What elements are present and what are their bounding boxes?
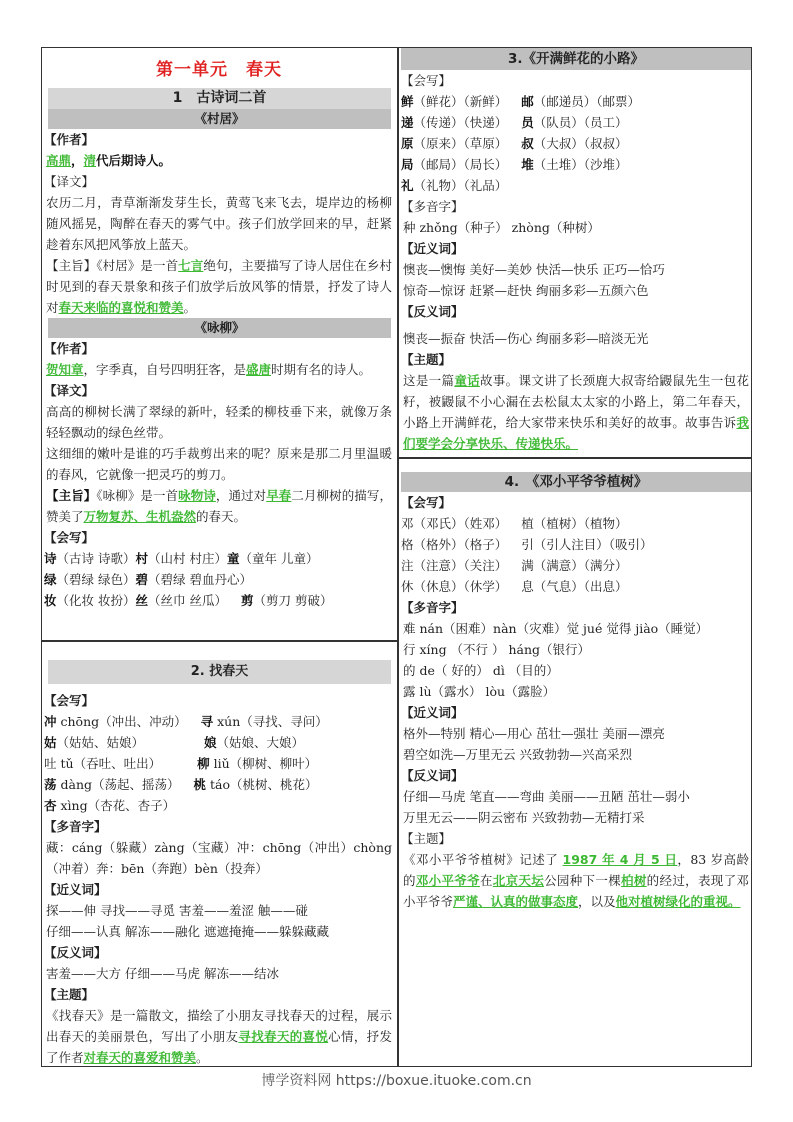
lesson-2-theme: 《找春天》是一篇散文，描绘了小朋友寻找春天的过程，展示出春天的美丽景色，写出了小… [44, 1005, 394, 1068]
polyphone-label: 【多音字】 [401, 196, 751, 217]
lesson-2-title: 2. 找春天 [48, 660, 391, 684]
poem-yongliu-author: 贺知章，字季真，自号四明狂客，是盛唐时期有名的诗人。 [44, 359, 394, 380]
author-label: 【作者】 [44, 338, 394, 359]
synonym-label: 【近义词】 [401, 238, 751, 259]
synonym-row: 探——伸 寻找——寻觅 害羞——羞涩 触——碰 [44, 900, 394, 921]
write-row: 绿（碧绿 绿色）碧（碧绿 碧血丹心） [44, 569, 394, 590]
poem-cunju-title: 《村居》 [48, 109, 391, 129]
write-row: 休（休息）（休学）息（气息）（出息） [401, 576, 751, 597]
write-row: 鲜（鲜花）（新鲜）邮（邮递员）（邮票） [401, 91, 751, 112]
unit-title: 第一单元 春天 [44, 52, 394, 88]
lesson-2-section: 2. 找春天 【会写】 冲 chōng（冲出、冲动）寻 xún（寻找、寻问） 姑… [44, 660, 394, 1068]
lesson-3-section: 3.《开满鲜花的小路》 【会写】 鲜（鲜花）（新鲜）邮（邮递员）（邮票） 递（传… [401, 48, 751, 454]
poem-yongliu-translation-2: 这细细的嫩叶是谁的巧手裁剪出来的呢？原来是那二月里温暖的春风，它就像一把灵巧的剪… [44, 443, 394, 485]
lesson-3-theme: 这是一篇童话故事。课文讲了长颈鹿大叔寄给鼹鼠先生一包花籽，被鼹鼠不小心漏在去松鼠… [401, 370, 751, 454]
column-divider [397, 47, 399, 1067]
synonym-row: 碧空如洗—万里无云 兴致勃勃—兴高采烈 [401, 744, 751, 765]
write-row: 礼（礼物）（礼品） [401, 175, 751, 196]
translation-label: 【译文】 [44, 171, 394, 192]
polyphone-row: 的 de（ 好的） dì （目的） [401, 660, 751, 681]
write-row: 杏 xìng（杏花、杏子） [44, 795, 394, 816]
antonym-label: 【反义词】 [44, 942, 394, 963]
polyphone-row: 行 xíng （不行 ） háng（银行） [401, 639, 751, 660]
write-row: 诗（古诗 诗歌）村（山村 村庄）童（童年 儿童） [44, 548, 394, 569]
antonym-label: 【反义词】 [401, 765, 751, 786]
lesson-4-title: 4. 《邓小平爷爷植树》 [401, 472, 751, 492]
theme-label: 【主题】 [401, 349, 751, 370]
antonym-row: 万里无云——阴云密布 兴致勃勃—无精打采 [401, 807, 751, 828]
theme-label: 【主题】 [44, 984, 394, 1005]
write-row: 妆（化妆 妆扮）丝（丝巾 丝瓜）剪（剪刀 剪破） [44, 590, 394, 611]
polyphone-label: 【多音字】 [44, 816, 394, 837]
synonym-row: 懊丧—懊悔 美好—美妙 快活—快乐 正巧—恰巧 [401, 259, 751, 280]
footer-watermark: 博学资料网 https://boxue.ituoke.com.cn [0, 1070, 793, 1090]
translation-label: 【译文】 [44, 380, 394, 401]
write-label: 【会写】 [44, 527, 394, 548]
synonym-row: 仔细——认真 解冻——融化 遮遮掩掩——躲躲藏藏 [44, 921, 394, 942]
poem-yongliu-title: 《咏柳》 [48, 318, 391, 338]
polyphone-text: 藏：cáng（躲藏）zàng（宝藏）冲：chōng（冲出）chòng（冲着）奔：… [44, 837, 394, 879]
write-row: 注（注意）（关注）满（满意）（满分） [401, 555, 751, 576]
poem-cunju-theme: 【主旨】《村居》是一首七言绝句，主要描写了诗人居住在乡村时见到的春天景象和孩子们… [44, 255, 394, 318]
write-row: 局（邮局）（局长）堆（土堆）（沙堆） [401, 154, 751, 175]
poem-yongliu-theme: 【主旨】《咏柳》是一首咏物诗，通过对早春二月柳树的描写，赞美了万物复苏、生机盎然… [44, 485, 394, 527]
poem-cunju-translation: 农历二月，青草渐渐发芽生长，黄莺飞来飞去，堤岸边的杨柳随风摇晃，陶醉在春天的雾气… [44, 192, 394, 255]
author-label: 【作者】 [44, 129, 394, 150]
write-row: 邓（邓氏）（姓邓）植（植树）（植物） [401, 513, 751, 534]
lesson-4-section: 4. 《邓小平爷爷植树》 【会写】 邓（邓氏）（姓邓）植（植树）（植物） 格（格… [401, 472, 751, 912]
antonym-row: 仔细—马虎 笔直——弯曲 美丽——丑陋 茁壮—弱小 [401, 786, 751, 807]
synonym-row: 格外—特别 精心—用心 茁壮—强壮 美丽—漂亮 [401, 723, 751, 744]
lesson-3-title: 3.《开满鲜花的小路》 [401, 48, 751, 70]
polyphone-row: 露 lù（露水） lòu（露脸） [401, 681, 751, 702]
write-row: 吐 tǔ（吞吐、吐出）柳 liǔ（柳树、柳叶） [44, 753, 394, 774]
lesson-1-title: 1 古诗词二首 [48, 88, 391, 109]
poem-yongliu-translation-1: 高高的柳树长满了翠绿的新叶，轻柔的柳枝垂下来，就像万条轻轻飘动的绿色丝带。 [44, 401, 394, 443]
antonym-row: 害羞——大方 仔细——马虎 解冻——结冰 [44, 963, 394, 984]
write-row: 格（格外）（格子）引（引人注目）（吸引） [401, 534, 751, 555]
synonym-row: 惊奇—惊讶 赶紧—赶快 绚丽多彩—五颜六色 [401, 280, 751, 301]
write-row: 冲 chōng（冲出、冲动）寻 xún（寻找、寻问） [44, 711, 394, 732]
write-row: 荡 dàng（荡起、摇荡）桃 táo（桃树、桃花） [44, 774, 394, 795]
polyphone-label: 【多音字】 [401, 597, 751, 618]
write-label: 【会写】 [44, 690, 394, 711]
antonym-label: 【反义词】 [401, 301, 751, 322]
antonym-row: 懊丧—振奋 快活—伤心 绚丽多彩—暗淡无光 [401, 328, 751, 349]
poem-cunju-author: 高鼎，清代后期诗人。 [44, 150, 394, 171]
write-row: 原（原来）（草原）叔（大叔）（叔叔） [401, 133, 751, 154]
lesson-1-section: 第一单元 春天 1 古诗词二首 《村居》 【作者】 高鼎，清代后期诗人。 【译文… [44, 52, 394, 611]
polyphone-row: 难 nán（困难）nàn（灾难）觉 jué 觉得 jiào（睡觉） [401, 618, 751, 639]
write-label: 【会写】 [401, 492, 751, 513]
write-row: 姑（姑姑、姑娘）娘（姑娘、大娘） [44, 732, 394, 753]
write-row: 递（传递）（快递）员（队员）（员工） [401, 112, 751, 133]
synonym-label: 【近义词】 [401, 702, 751, 723]
synonym-label: 【近义词】 [44, 879, 394, 900]
section-divider-right [397, 457, 752, 459]
polyphone-text: 种 zhǒng（种子） zhòng（种树） [401, 217, 751, 238]
lesson-4-theme: 《邓小平爷爷植树》记述了 1987 年 4 月 5 日，83 岁高龄的邓小平爷爷… [401, 849, 751, 912]
write-label: 【会写】 [401, 70, 751, 91]
section-divider-left [41, 640, 398, 642]
theme-label: 【主题】 [401, 828, 751, 849]
